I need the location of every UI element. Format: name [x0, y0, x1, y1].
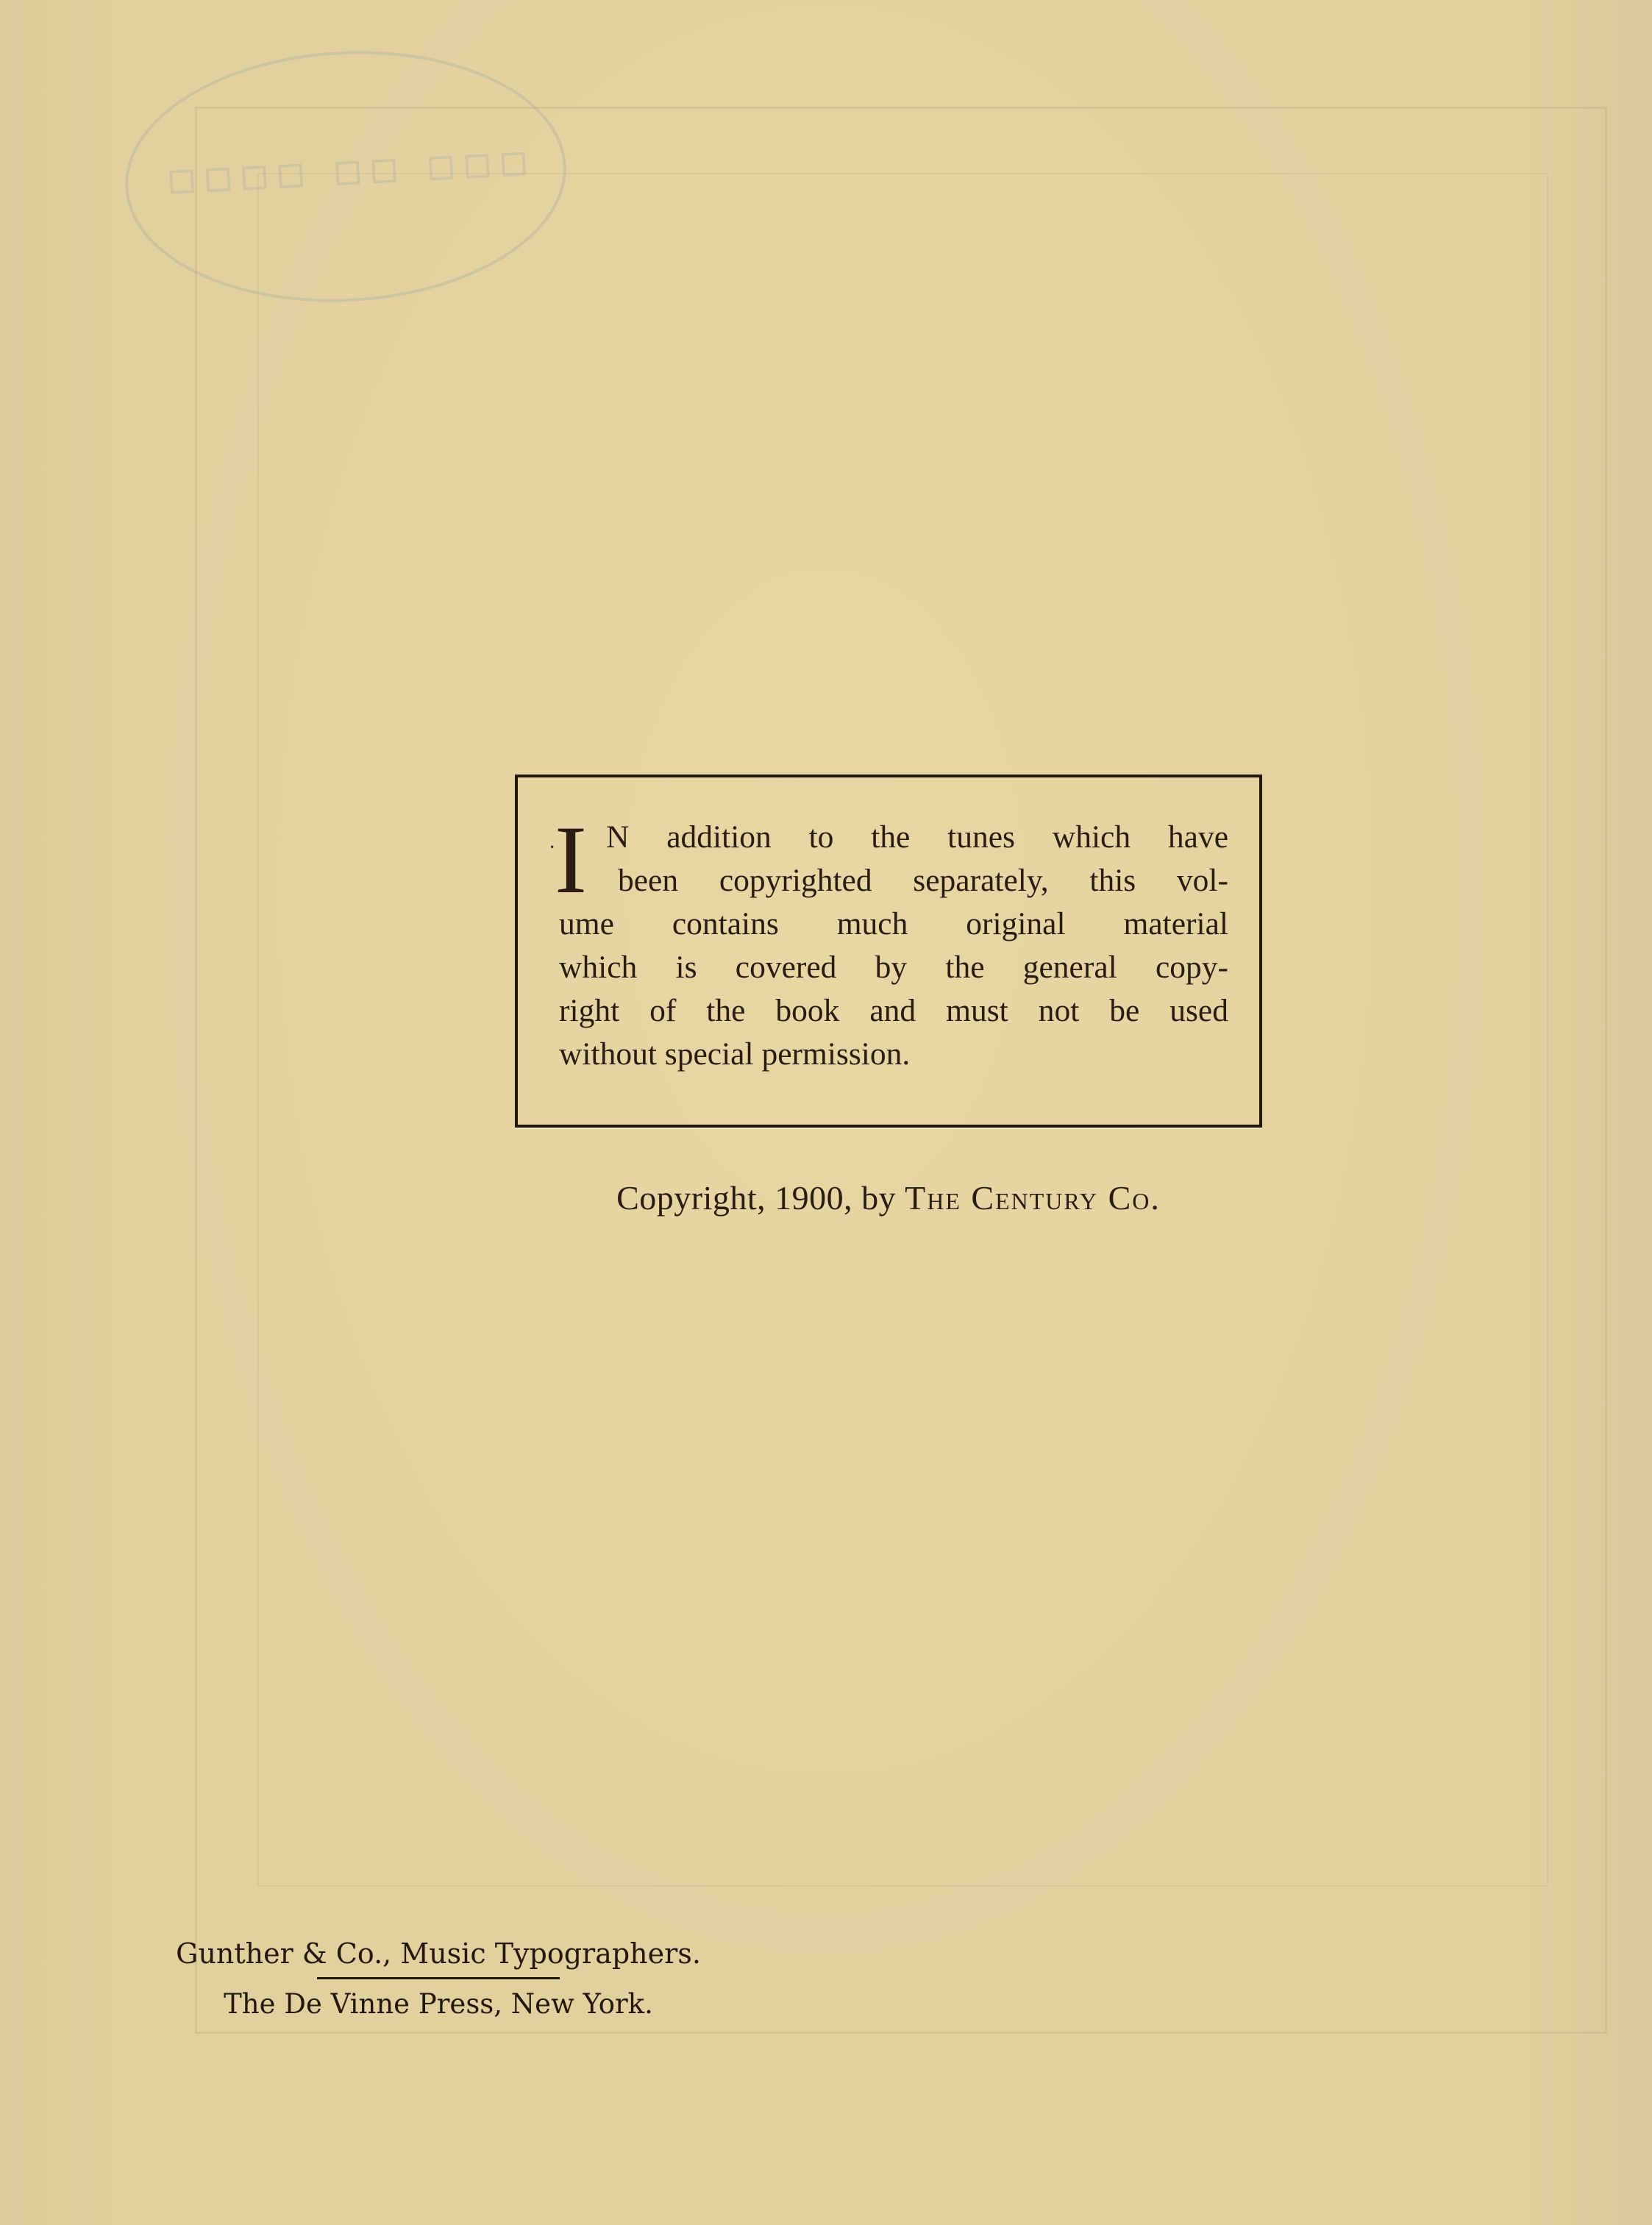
notice-line-6: without special permission. — [559, 1033, 1228, 1076]
notice-line-5: right of the book and must not be used — [559, 989, 1228, 1033]
ghost-title-line-1: ​ — [515, 412, 1324, 594]
printer-imprint: Gunther & Co., Music Typographers. The D… — [174, 1936, 703, 2022]
notice-line-1: N addition to the tunes which have — [559, 816, 1228, 859]
press-credit: The De Vinne Press, New York. — [174, 1987, 703, 2022]
notice-paragraph: · I N addition to the tunes which have b… — [559, 816, 1228, 1076]
stamp-date-ghost: ▫▫▫ ▫▫ ▫▫▫▫ — [127, 132, 564, 209]
typographer-credit: Gunther & Co., Music Typographers. — [174, 1936, 703, 1971]
copyright-line: Copyright, 1900, by The Century Co. — [515, 1178, 1262, 1217]
copyright-notice-box: · I N addition to the tunes which have b… — [515, 775, 1262, 1128]
notice-line-3: ume contains much original material — [559, 903, 1228, 946]
notice-line-2: been copyrighted separately, this vol- — [559, 859, 1228, 903]
drop-cap: I — [555, 811, 587, 908]
book-page: ▫▫▫ ▫▫ ▫▫▫▫ ​ ​ ​ ​ · I N addition to th… — [0, 0, 1652, 2225]
ghost-imprint-line-1: ​ — [588, 1714, 1250, 1769]
imprint-divider — [317, 1977, 560, 1979]
imprint-bleed-through: ​ ​ — [588, 1714, 1250, 1841]
title-bleed-through: ​ ​ — [515, 412, 1324, 708]
ghost-imprint-line-2: ​ — [588, 1769, 1250, 1841]
ghost-title-line-2: ​ — [515, 594, 1324, 708]
notice-line-4: which is covered by the general copy- — [559, 946, 1228, 989]
copyright-prefix: Copyright, 1900, by — [616, 1179, 896, 1217]
publisher-name: The Century Co. — [905, 1179, 1161, 1217]
